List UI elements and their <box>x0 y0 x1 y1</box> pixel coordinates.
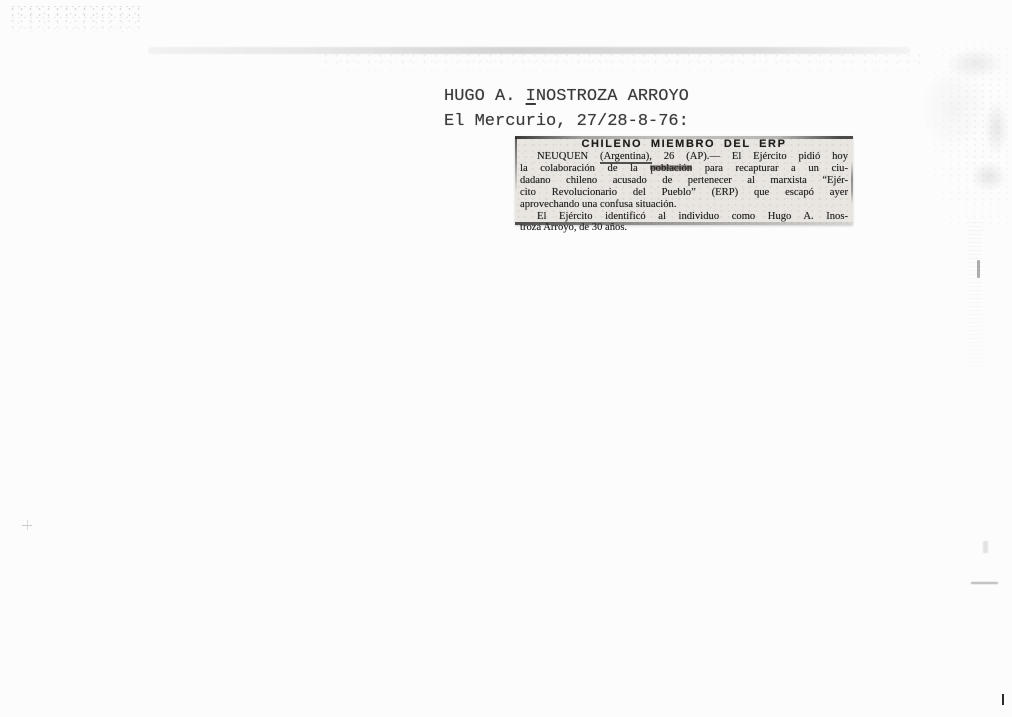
title-rest: NOSTROZA ARROYO <box>536 87 689 106</box>
document-title: HUGO A. INOSTROZA ARROYO <box>444 84 689 109</box>
scan-smudge-speckle <box>320 52 920 82</box>
scan-tick-right <box>977 260 980 278</box>
text-segment: cito Revolucionario del Pueblo” (ERP) qu… <box>520 187 848 198</box>
title-underlined-initial: I <box>526 87 536 106</box>
clipping-body-line: aprovechando una confusa situación. <box>520 199 848 211</box>
marked-text: población <box>650 163 692 174</box>
clipping-body: NEUQUEN (Argentina), 26 (AP).— El Ejérci… <box>520 151 848 234</box>
scan-noise-top-left <box>8 6 143 32</box>
scan-smudge-band <box>148 47 910 54</box>
scan-small-mark <box>983 541 988 553</box>
text-segment: troza Arroyo, de 30 años. <box>520 222 627 233</box>
document-source-line: El Mercurio, 27/28-8-76: <box>444 109 689 134</box>
clipping-body-line: dadano chileno acusado de pertenecer al … <box>520 175 848 187</box>
clipping-edge-left <box>515 138 517 193</box>
text-segment: dadano chileno acusado de pertenecer al … <box>520 175 848 186</box>
scan-streak-right <box>968 222 982 432</box>
newspaper-clipping: CHILENO MIEMBRO DEL ERP NEUQUEN (Argenti… <box>515 136 853 225</box>
scanned-document-page: { "document": { "title_line": { "prefix"… <box>0 0 1012 717</box>
clipping-body-line: El Ejército identificó al individuo como… <box>520 211 848 223</box>
text-segment: El Ejército identificó al individuo como… <box>537 211 848 222</box>
scan-cross-mark <box>22 520 32 530</box>
clipping-edge-right <box>851 161 853 204</box>
clipping-body-line: la colaboración de la población para rec… <box>520 163 848 175</box>
clipping-body-line: NEUQUEN (Argentina), 26 (AP).— El Ejérci… <box>520 151 848 163</box>
scan-tick-bottom-right <box>1002 694 1004 705</box>
scan-blob-right-speckle <box>915 40 1012 235</box>
text-segment: aprovechando una confusa situación. <box>520 199 677 210</box>
typed-header: HUGO A. INOSTROZA ARROYO El Mercurio, 27… <box>444 84 689 134</box>
scan-dash-mark <box>971 582 998 584</box>
clipping-headline: CHILENO MIEMBRO DEL ERP <box>520 139 848 150</box>
text-segment: la colaboración de la <box>520 163 650 174</box>
text-segment: NEUQUEN <box>537 151 600 162</box>
text-segment: 26 (AP).— El Ejército pidió hoy <box>652 151 848 162</box>
clipping-body-line: troza Arroyo, de 30 años. <box>520 222 848 234</box>
title-prefix: HUGO A. <box>444 87 526 106</box>
scan-blob-right <box>915 40 1012 235</box>
text-segment: para recapturar a un ciu- <box>692 163 848 174</box>
clipping-body-line: cito Revolucionario del Pueblo” (ERP) qu… <box>520 187 848 199</box>
